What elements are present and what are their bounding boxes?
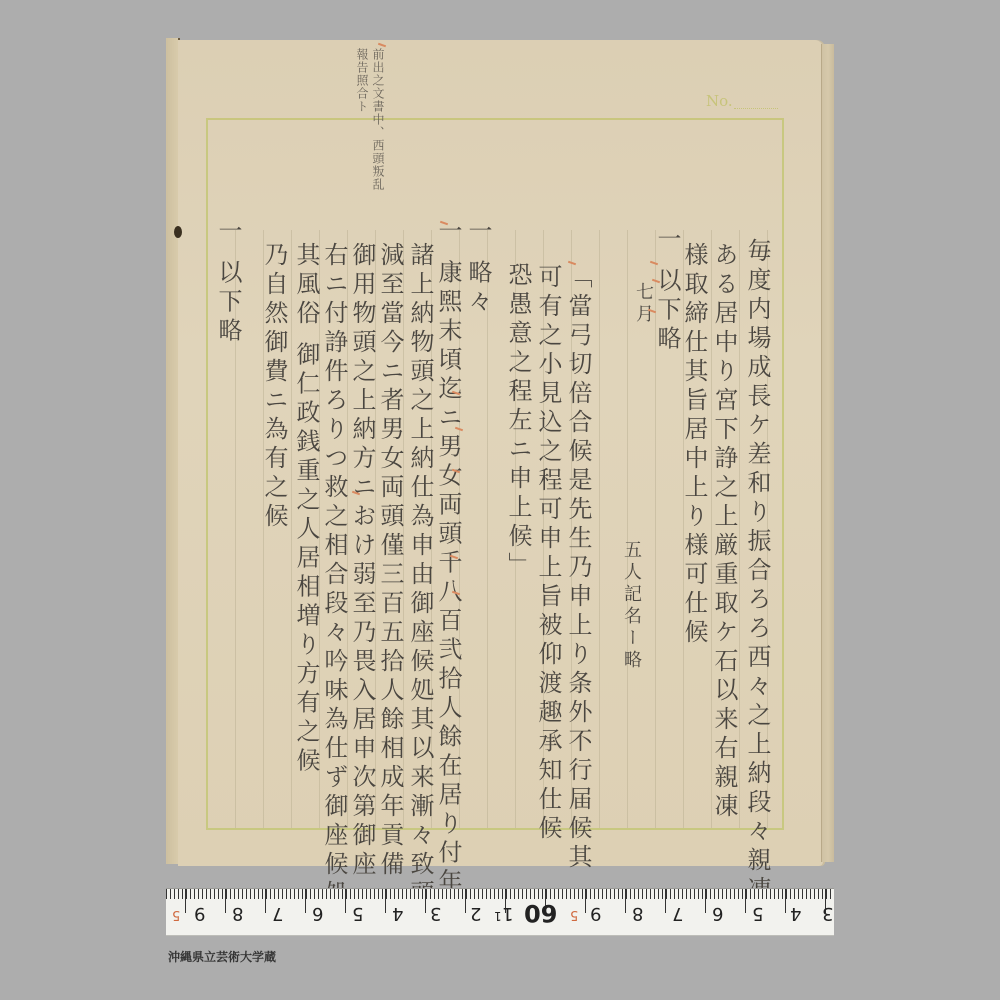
ruler-label: 6 xyxy=(312,903,323,924)
ruler-label: 60 xyxy=(524,899,557,927)
text-column: ある居中り宮下諍之上厳重取ケ石以来右親凍 xyxy=(712,242,736,822)
page-number-blank xyxy=(734,108,778,109)
ruler-label: 7 xyxy=(272,903,283,924)
text-column: 諸上納物頭之上納仕為申由御座候処其以来漸々致頭 xyxy=(408,242,432,909)
ruler-label: 2 xyxy=(470,903,481,924)
text-column: 乃自然御費ニ為有之候 xyxy=(262,242,286,532)
page-number-label: No. xyxy=(706,92,733,110)
margin-note-line-2: 報告照合ト xyxy=(356,48,368,113)
ruler-label: 5 xyxy=(752,903,763,924)
text-column: 其風俗 御仁政銭重之人居相増り方有之候 xyxy=(294,242,318,777)
ruler-label: 8 xyxy=(632,903,643,924)
text-column: 毎度内場成長ケ差和り振合ろろ西々之上納段々親凍 xyxy=(745,238,769,905)
ruler-label: 1 xyxy=(502,903,513,924)
page-stack-edge xyxy=(821,44,834,862)
ruler-label: 5 xyxy=(570,907,578,922)
text-column: 御用物頭之上納方ニおけ弱至乃畏入居申次第御座 xyxy=(350,242,374,880)
measuring-ruler: 5 9 8 7 6 5 4 3 2 1 60 1 5 9 8 7 6 5 4 3 xyxy=(166,888,834,936)
text-column: 様取締仕其旨居中上り様可仕候 xyxy=(682,242,706,648)
text-column: 「當弓切倍合候是先生乃申上り条外不行届候其 xyxy=(566,264,590,873)
text-column: 一 以下略 xyxy=(216,218,240,347)
binding-hole xyxy=(174,226,182,238)
margin-note-line-1: 前出之文書中、西頭叛乱 xyxy=(372,48,384,191)
text-column: 一 以下略 xyxy=(655,226,679,355)
ruler-label: 7 xyxy=(672,903,683,924)
text-column: 可有之小見込之程可申上旨被仰渡趣承知仕候 xyxy=(536,264,560,844)
ruler-label: 4 xyxy=(790,903,801,924)
ruler-label: 9 xyxy=(590,903,601,924)
ruler-label: 1 xyxy=(494,909,502,923)
text-column: 一 略々 xyxy=(466,218,490,318)
ruler-label: 4 xyxy=(392,903,403,924)
ruler-label: 3 xyxy=(822,903,833,924)
text-column-signatories: 五人記名ー略 xyxy=(622,540,640,672)
text-column: 一 康煕末頃迄ニ男女両頭千八百弐拾人餘在居り付年貢 xyxy=(436,218,460,927)
ruler-label: 8 xyxy=(232,903,243,924)
text-column: 減至當今ニ者男女両頭僅三百五拾人餘相成年貢備 xyxy=(378,242,402,880)
ruler-label: 3 xyxy=(430,903,441,924)
text-column-date: 七月 xyxy=(634,282,652,326)
ruler-label: 5 xyxy=(352,903,363,924)
ruler-label: 9 xyxy=(194,903,205,924)
text-column: 右ニ付諍件ろりつ救之相合段々吟味為仕ず御座候処 xyxy=(322,242,346,909)
text-column: 恐愚意之程左ニ申上候」 xyxy=(506,262,530,581)
collection-credit: 沖縄県立芸術大学蔵 xyxy=(168,948,276,965)
ruler-label: 5 xyxy=(172,907,180,922)
ruler-label: 6 xyxy=(712,903,723,924)
